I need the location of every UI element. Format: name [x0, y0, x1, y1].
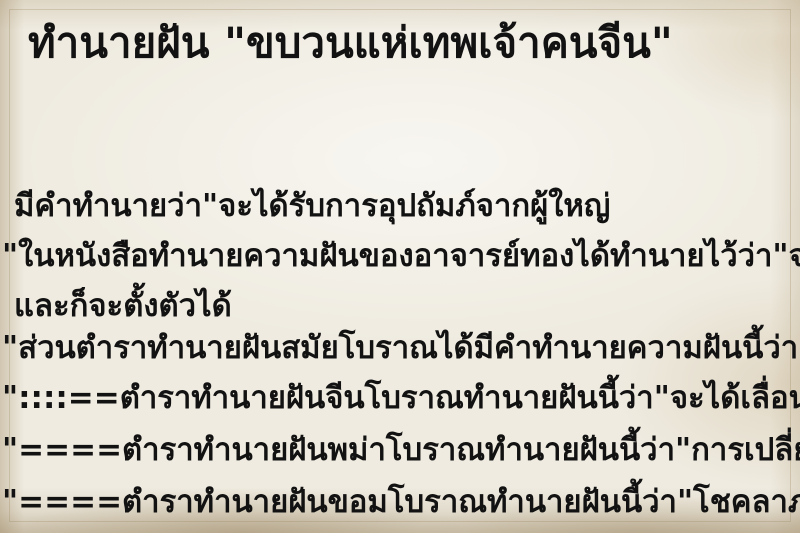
- body-line: "ในหนังสือทำนายความฝันของอาจารย์ทองได้ทำ…: [2, 236, 800, 276]
- body-line: "====ตำราทำนายฝันขอมโบราณทำนายฝันนี้ว่า"…: [2, 482, 800, 522]
- body-line: "====ตำราทำนายฝันพม่าโบราณทำนายฝันนี้ว่า…: [2, 430, 800, 470]
- paper-background: ทำนายฝัน "ขบวนแห่เทพเจ้าคนจีน" มีคำทำนาย…: [0, 0, 800, 533]
- body-line: มีคำทำนายว่า"จะได้รับการอุปถัมภ์จากผู้ให…: [14, 186, 610, 226]
- body-line: "::::==ตำราทำนายฝันจีนโบราณทำนายฝันนี้ว่…: [2, 378, 800, 418]
- body-line: "ส่วนตำราทำนายฝันสมัยโบราณได้มีคำทำนายคว…: [2, 328, 800, 368]
- body-line: และก็จะตั้งตัวได้: [14, 286, 232, 326]
- page-title: ทำนายฝัน "ขบวนแห่เทพเจ้าคนจีน": [28, 14, 673, 73]
